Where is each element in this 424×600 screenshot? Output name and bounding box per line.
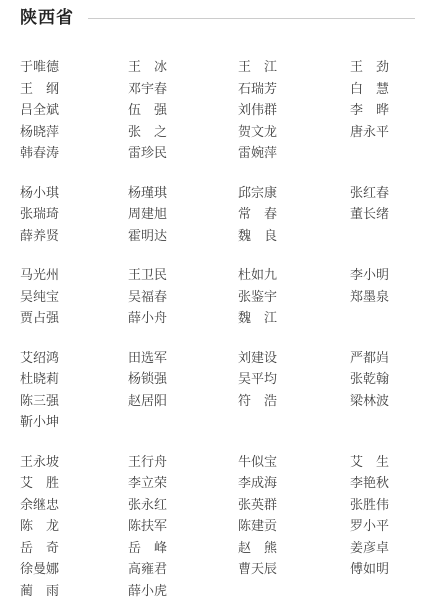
member-name: 王卫民	[128, 264, 167, 283]
member-name: 梁林波	[350, 390, 389, 409]
member-name: 王劲	[350, 56, 389, 75]
member-name: 赵居阳	[128, 390, 167, 409]
member-cell: 赵居阳	[128, 389, 238, 411]
member-name: 魏江	[238, 307, 277, 326]
header: 陕西省	[20, 8, 415, 28]
member-name: 贺文龙	[238, 121, 277, 140]
member-cell: 霍明达	[128, 224, 238, 246]
member-cell: 唐永平	[350, 120, 415, 142]
member-name: 李艳秋	[350, 472, 389, 491]
member-name: 雷珍民	[128, 142, 167, 161]
member-cell: 薛小虎	[128, 579, 238, 600]
member-name: 张之	[128, 121, 167, 140]
member-name: 刘伟群	[238, 99, 277, 118]
member-name: 韩春涛	[20, 142, 59, 161]
member-group-3: 马光州吴纯宝贾占强王卫民吴福春薛小舟杜如九张鉴宇魏江李小明郑墨泉	[20, 263, 415, 328]
member-cell: 李晔	[350, 98, 415, 120]
member-cell: 王江	[238, 55, 350, 77]
member-cell: 符浩	[238, 389, 350, 411]
member-cell: 蔺雨	[20, 579, 128, 600]
member-cell: 梁林波	[350, 389, 415, 411]
member-cell: 王冰	[128, 55, 238, 77]
member-name: 吕全斌	[20, 99, 59, 118]
member-name: 符浩	[238, 390, 277, 409]
member-cell: 石瑞芳	[238, 77, 350, 99]
member-cell: 伍强	[128, 98, 238, 120]
member-cell: 杨小琪	[20, 181, 128, 203]
member-cell: 陈三强	[20, 389, 128, 411]
member-cell: 吴纯宝	[20, 285, 128, 307]
member-cell: 杨锁强	[128, 367, 238, 389]
member-name: 严都岿	[350, 347, 389, 366]
member-cell: 李立荣	[128, 471, 238, 493]
member-name: 陈扶军	[128, 515, 167, 534]
member-cell: 常春	[238, 202, 350, 224]
member-name: 杨小琪	[20, 182, 59, 201]
member-group-2: 杨小琪张瑞琦薛养贤杨瑾琪周建旭霍明达邱宗康常春魏良张红春董长绪	[20, 181, 415, 246]
member-cell: 周建旭	[128, 202, 238, 224]
member-name: 田选军	[128, 347, 167, 366]
member-cell: 李成海	[238, 471, 350, 493]
member-name: 姜彦卓	[350, 537, 389, 556]
member-cell: 王卫民	[128, 263, 238, 285]
member-name: 李成海	[238, 472, 277, 491]
member-cell: 陈龙	[20, 514, 128, 536]
member-name: 董长绪	[350, 203, 389, 222]
member-name: 雷婉萍	[238, 142, 277, 161]
member-cell: 岳奇	[20, 536, 128, 558]
member-name: 杨锁强	[128, 368, 167, 387]
member-cell: 张永红	[128, 493, 238, 515]
member-name: 吴纯宝	[20, 286, 59, 305]
member-cell: 傅如明	[350, 557, 415, 579]
member-cell: 薛小舟	[128, 306, 238, 328]
member-name: 靳小坤	[20, 411, 59, 430]
member-name: 李晔	[350, 99, 389, 118]
member-name: 高雍君	[128, 558, 167, 577]
member-name: 徐曼娜	[20, 558, 59, 577]
member-cell: 王纲	[20, 77, 128, 99]
member-name: 张鉴宇	[238, 286, 277, 305]
member-name: 陈三强	[20, 390, 59, 409]
member-cell: 吴平均	[238, 367, 350, 389]
member-cell: 田选军	[128, 346, 238, 368]
member-name: 罗小平	[350, 515, 389, 534]
member-name: 杜晓莉	[20, 368, 59, 387]
member-name: 唐永平	[350, 121, 389, 140]
member-name: 牛似宝	[238, 451, 277, 470]
member-name: 吴平均	[238, 368, 277, 387]
member-name: 薛小虎	[128, 580, 167, 599]
member-cell: 靳小坤	[20, 410, 128, 432]
member-cell: 张瑞琦	[20, 202, 128, 224]
member-name: 杨晓萍	[20, 121, 59, 140]
member-cell: 董长绪	[350, 202, 415, 224]
member-name: 李小明	[350, 264, 389, 283]
member-cell: 严都岿	[350, 346, 415, 368]
member-cell: 牛似宝	[238, 450, 350, 472]
member-group-1: 于唯德王纲吕全斌杨晓萍韩春涛王冰邓宇春伍强张之雷珍民王江石瑞芳刘伟群贺文龙雷婉萍…	[20, 55, 415, 163]
member-name: 霍明达	[128, 225, 167, 244]
member-name: 王纲	[20, 78, 59, 97]
member-name: 张瑞琦	[20, 203, 59, 222]
member-cell: 姜彦卓	[350, 536, 415, 558]
member-name: 王冰	[128, 56, 167, 75]
member-cell: 艾胜	[20, 471, 128, 493]
member-name: 邓宇春	[128, 78, 167, 97]
member-name: 薛小舟	[128, 307, 167, 326]
member-name: 魏良	[238, 225, 277, 244]
member-cell: 郑墨泉	[350, 285, 415, 307]
member-name: 伍强	[128, 99, 167, 118]
member-name: 岳峰	[128, 537, 167, 556]
member-name: 张永红	[128, 494, 167, 513]
member-cell: 薛养贤	[20, 224, 128, 246]
member-name: 王江	[238, 56, 277, 75]
member-name: 艾生	[350, 451, 389, 470]
member-cell: 张之	[128, 120, 238, 142]
member-cell: 杨瑾琪	[128, 181, 238, 203]
member-cell: 王永坡	[20, 450, 128, 472]
member-cell: 徐曼娜	[20, 557, 128, 579]
member-cell: 李小明	[350, 263, 415, 285]
member-name: 张乾翰	[350, 368, 389, 387]
member-name: 杨瑾琪	[128, 182, 167, 201]
member-cell: 邱宗康	[238, 181, 350, 203]
member-name: 王行舟	[128, 451, 167, 470]
member-name: 李立荣	[128, 472, 167, 491]
member-cell: 韩春涛	[20, 141, 128, 163]
member-name: 蔺雨	[20, 580, 59, 599]
member-cell: 曹天辰	[238, 557, 350, 579]
member-cell: 高雍君	[128, 557, 238, 579]
member-name: 郑墨泉	[350, 286, 389, 305]
member-cell: 张英群	[238, 493, 350, 515]
member-cell: 杜如九	[238, 263, 350, 285]
member-name: 白慧	[350, 78, 389, 97]
member-cell: 余继忠	[20, 493, 128, 515]
member-cell: 马光州	[20, 263, 128, 285]
member-group-4: 艾绍鸿杜晓莉陈三强靳小坤田选军杨锁强赵居阳刘建设吴平均符浩严都岿张乾翰梁林波	[20, 346, 415, 432]
member-cell: 贺文龙	[238, 120, 350, 142]
member-cell: 张红春	[350, 181, 415, 203]
member-cell: 岳峰	[128, 536, 238, 558]
member-cell: 张胜伟	[350, 493, 415, 515]
member-name: 马光州	[20, 264, 59, 283]
member-list: 于唯德王纲吕全斌杨晓萍韩春涛王冰邓宇春伍强张之雷珍民王江石瑞芳刘伟群贺文龙雷婉萍…	[20, 55, 415, 600]
member-cell: 赵熊	[238, 536, 350, 558]
member-group-5: 王永坡艾胜余继忠陈龙岳奇徐曼娜蔺雨王行舟李立荣张永红陈扶军岳峰高雍君薛小虎牛似宝…	[20, 450, 415, 600]
member-name: 周建旭	[128, 203, 167, 222]
member-cell: 刘建设	[238, 346, 350, 368]
member-cell: 王行舟	[128, 450, 238, 472]
member-cell: 于唯德	[20, 55, 128, 77]
member-cell: 刘伟群	[238, 98, 350, 120]
member-cell: 李艳秋	[350, 471, 415, 493]
member-cell: 魏良	[238, 224, 350, 246]
member-name: 艾绍鸿	[20, 347, 59, 366]
member-name: 赵熊	[238, 537, 277, 556]
page: 陕西省 于唯德王纲吕全斌杨晓萍韩春涛王冰邓宇春伍强张之雷珍民王江石瑞芳刘伟群贺文…	[0, 0, 424, 600]
member-name: 常春	[238, 203, 277, 222]
member-name: 王永坡	[20, 451, 59, 470]
member-cell: 贾占强	[20, 306, 128, 328]
member-cell: 罗小平	[350, 514, 415, 536]
member-name: 曹天辰	[238, 558, 277, 577]
member-name: 邱宗康	[238, 182, 277, 201]
member-cell: 陈建贡	[238, 514, 350, 536]
member-cell: 吴福春	[128, 285, 238, 307]
member-name: 艾胜	[20, 472, 59, 491]
member-cell: 艾绍鸿	[20, 346, 128, 368]
member-cell: 雷珍民	[128, 141, 238, 163]
member-name: 张红春	[350, 182, 389, 201]
member-name: 贾占强	[20, 307, 59, 326]
province-title: 陕西省	[20, 8, 74, 28]
member-name: 张英群	[238, 494, 277, 513]
member-name: 刘建设	[238, 347, 277, 366]
member-name: 余继忠	[20, 494, 59, 513]
member-name: 傅如明	[350, 558, 389, 577]
member-name: 薛养贤	[20, 225, 59, 244]
member-cell: 邓宇春	[128, 77, 238, 99]
member-name: 陈龙	[20, 515, 59, 534]
member-cell: 雷婉萍	[238, 141, 350, 163]
member-name: 于唯德	[20, 56, 59, 75]
member-cell: 陈扶军	[128, 514, 238, 536]
header-divider	[88, 18, 415, 19]
member-name: 岳奇	[20, 537, 59, 556]
member-cell: 艾生	[350, 450, 415, 472]
member-cell: 张鉴宇	[238, 285, 350, 307]
member-cell: 杨晓萍	[20, 120, 128, 142]
member-cell: 魏江	[238, 306, 350, 328]
member-name: 张胜伟	[350, 494, 389, 513]
member-cell: 王劲	[350, 55, 415, 77]
member-cell: 吕全斌	[20, 98, 128, 120]
member-name: 杜如九	[238, 264, 277, 283]
member-name: 陈建贡	[238, 515, 277, 534]
member-name: 吴福春	[128, 286, 167, 305]
member-cell: 张乾翰	[350, 367, 415, 389]
member-cell: 白慧	[350, 77, 415, 99]
member-name: 石瑞芳	[238, 78, 277, 97]
member-cell: 杜晓莉	[20, 367, 128, 389]
